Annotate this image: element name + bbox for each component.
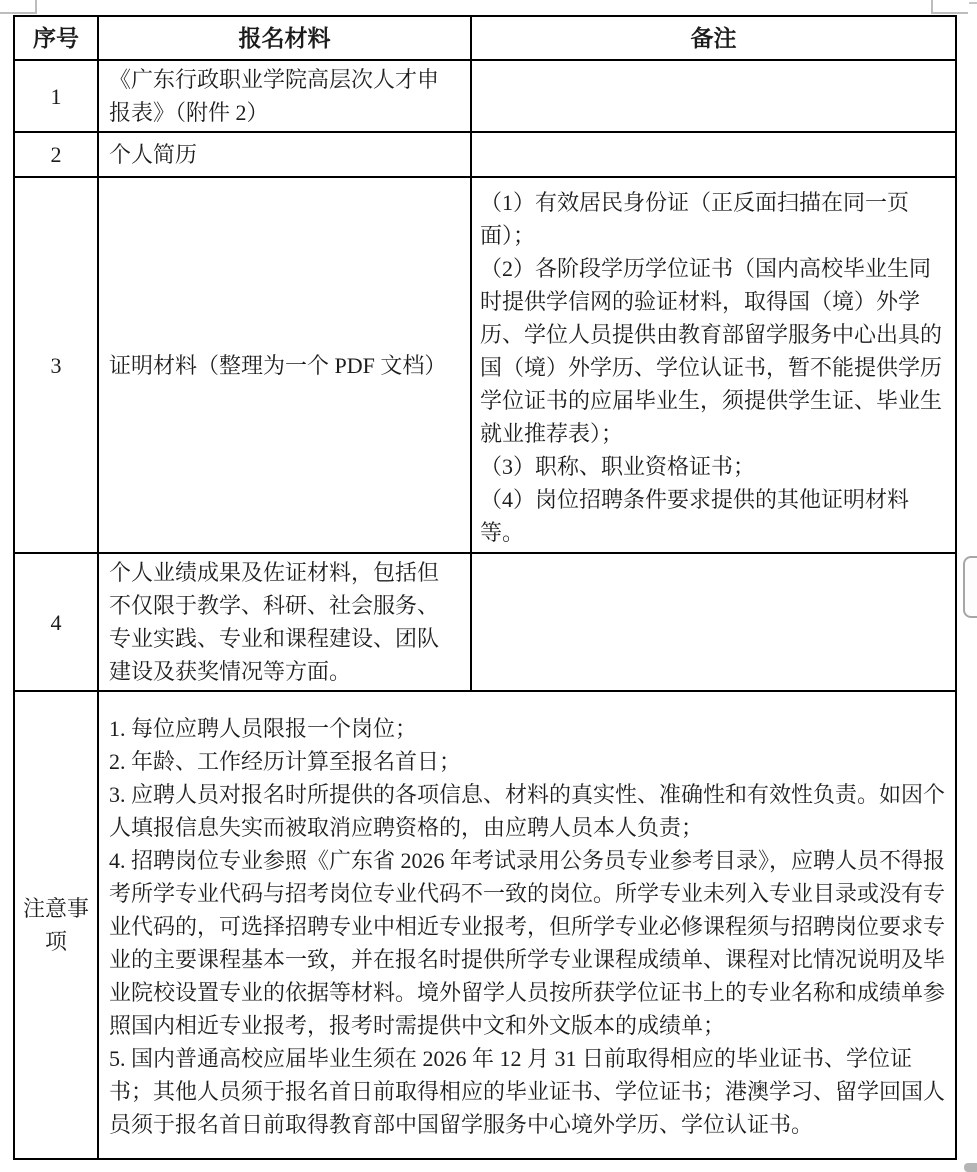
table-row: 1 《广东行政职业学院高层次人才申报表》（附件 2）	[14, 60, 956, 132]
page-edge-remnant-left-vertical	[35, 0, 37, 14]
row4-remark-empty	[471, 553, 956, 691]
remark-item-1: （1）有效居民身份证（正反面扫描在同一页面）；	[480, 186, 947, 252]
note-item-1: 1. 每位应聘人员限报一个岗位；	[109, 712, 945, 745]
table-row: 3 证明材料（整理为一个 PDF 文档） （1）有效居民身份证（正反面扫描在同一…	[14, 177, 956, 553]
row3-remark: （1）有效居民身份证（正反面扫描在同一页面）； （2）各阶段学历学位证书（国内高…	[471, 177, 956, 553]
row1-remark-empty	[471, 60, 956, 132]
table-row: 2 个人简历	[14, 132, 956, 177]
note-item-2: 2. 年龄、工作经历计算至报名首日；	[109, 745, 945, 778]
notes-body: 1. 每位应聘人员限报一个岗位； 2. 年龄、工作经历计算至报名首日； 3. 应…	[98, 691, 956, 1159]
notes-row: 注意事项 1. 每位应聘人员限报一个岗位； 2. 年龄、工作经历计算至报名首日；…	[14, 691, 956, 1159]
page-edge-remnant-left-horizontal	[0, 12, 37, 14]
header-remarks: 备注	[471, 16, 956, 60]
table-header-row: 序号 报名材料 备注	[14, 16, 956, 60]
scrollbar-bottom-fragment	[964, 1163, 977, 1172]
remark-item-2: （2）各阶段学历学位证书（国内高校毕业生同时提供学信网的验证材料，取得国（境）外…	[480, 252, 947, 450]
row4-number: 4	[14, 553, 98, 691]
table-row: 4 个人业绩成果及佐证材料，包括但不仅限于教学、科研、社会服务、专业实践、专业和…	[14, 553, 956, 691]
remark-item-4: （4）岗位招聘条件要求提供的其他证明材料等。	[480, 483, 947, 549]
application-materials-table: 序号 报名材料 备注 1 《广东行政职业学院高层次人才申报表》（附件 2） 2 …	[13, 15, 957, 1160]
note-item-4: 4. 招聘岗位专业参照《广东省 2026 年考试录用公务员专业参考目录》，应聘人…	[109, 844, 945, 1042]
row3-number: 3	[14, 177, 98, 553]
remark-item-3: （3）职称、职业资格证书；	[480, 450, 947, 483]
header-application-materials: 报名材料	[98, 16, 471, 60]
header-serial-number: 序号	[14, 16, 98, 60]
row2-remark-empty	[471, 132, 956, 177]
row1-material: 《广东行政职业学院高层次人才申报表》（附件 2）	[98, 60, 471, 132]
notes-label: 注意事项	[14, 691, 98, 1159]
row1-number: 1	[14, 60, 98, 132]
note-item-5: 5. 国内普通高校应届毕业生须在 2026 年 12 月 31 日前取得相应的毕…	[109, 1042, 945, 1141]
row3-material: 证明材料（整理为一个 PDF 文档）	[98, 177, 471, 553]
page-edge-remnant-corner	[969, 2, 977, 4]
row2-material: 个人简历	[98, 132, 471, 177]
row2-number: 2	[14, 132, 98, 177]
scrollbar-thumb[interactable]	[963, 556, 977, 618]
row4-material: 个人业绩成果及佐证材料，包括但不仅限于教学、科研、社会服务、专业实践、专业和课程…	[98, 553, 471, 691]
note-item-3: 3. 应聘人员对报名时所提供的各项信息、材料的真实性、准确性和有效性负责。如因个…	[109, 778, 945, 844]
page-edge-remnant-right-horizontal	[931, 12, 968, 14]
document-page: 序号 报名材料 备注 1 《广东行政职业学院高层次人才申报表》（附件 2） 2 …	[0, 0, 977, 1172]
